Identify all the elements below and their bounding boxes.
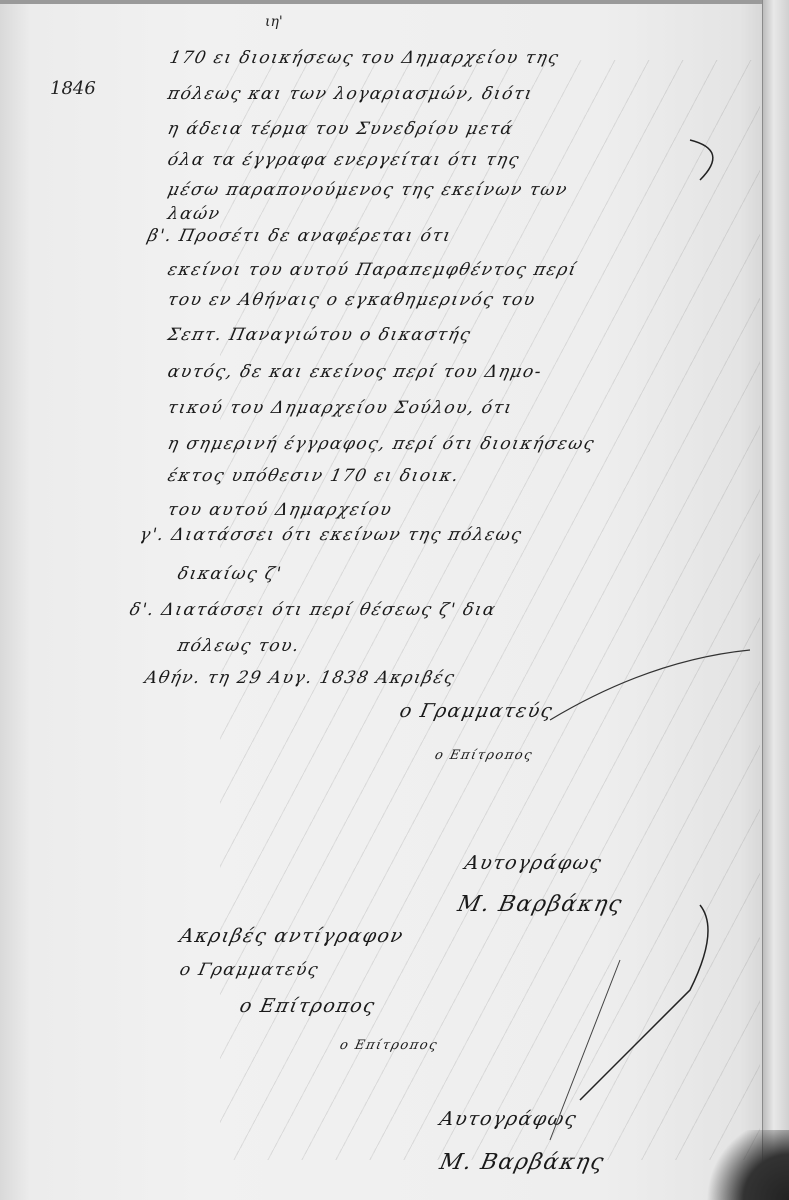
manuscript-page: ιη' 1846 170 ει διοικήσεως του Δημαρχείο… xyxy=(0,0,775,1200)
pen-flourishes xyxy=(0,0,775,1200)
binding-edge xyxy=(762,0,789,1200)
damaged-corner xyxy=(699,1130,789,1200)
